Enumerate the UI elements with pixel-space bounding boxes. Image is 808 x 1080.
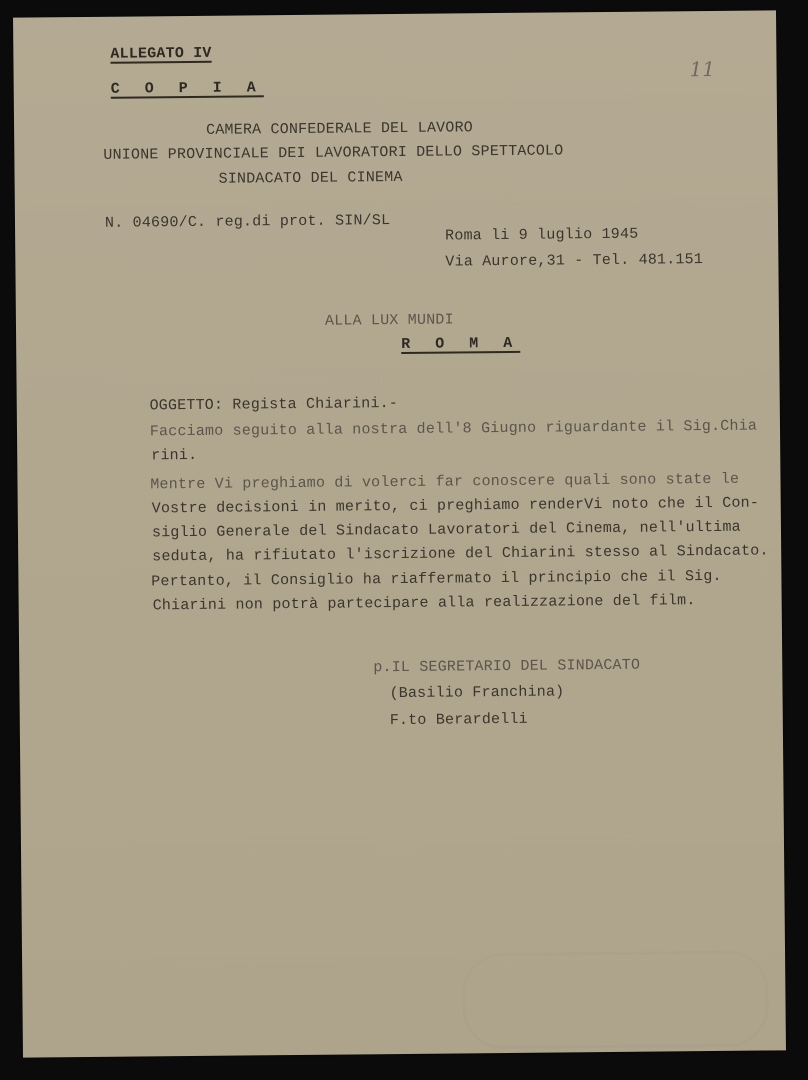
- letterhead-line-3: SINDACATO DEL CINEMA: [219, 170, 403, 187]
- bleed-through-mark-left: [52, 947, 80, 1017]
- body-line: Mentre Vi preghiamo di volerci far conos…: [113, 472, 739, 493]
- body-line: Chiarini non potrà partecipare alla real…: [153, 593, 696, 613]
- subject-text: Regista Chiarini.-: [232, 395, 398, 414]
- letterhead-line-1: CAMERA CONFEDERALE DEL LAVORO: [206, 120, 473, 138]
- protocol-reference: N. 04690/C. reg.di prot. SIN/SL: [105, 213, 390, 231]
- body-line: rini.: [151, 448, 197, 463]
- letterhead-line-2: UNIONE PROVINCIALE DEI LAVORATORI DELLO …: [103, 143, 563, 162]
- bleed-through-stamp: [462, 950, 769, 1049]
- body-line: seduta, ha rifiutato l'iscrizione del Ch…: [152, 543, 769, 564]
- recipient-name: ALLA LUX MUNDI: [325, 312, 454, 328]
- copy-label: C O P I A: [111, 80, 264, 96]
- date-line: Roma li 9 luglio 1945: [445, 227, 638, 244]
- recipient-city: R O M A: [401, 336, 520, 352]
- body-line: siglio Generale del Sindacato Lavoratori…: [152, 520, 741, 541]
- document-page: ALLEGATO IV C O P I A 11 CAMERA CONFEDER…: [13, 10, 786, 1057]
- signature-title: p.IL SEGRETARIO DEL SINDACATO: [373, 658, 640, 676]
- body-line: Pertanto, il Consiglio ha riaffermato il…: [114, 569, 721, 590]
- address-line: Via Aurore,31 - Tel. 481.151: [445, 252, 703, 269]
- signed-by: F.to Berardelli: [390, 712, 528, 728]
- attachment-label: ALLEGATO IV: [110, 46, 211, 62]
- signature-name: (Basilio Franchina): [389, 684, 564, 701]
- handwritten-page-number: 11: [689, 57, 715, 81]
- subject-label: OGGETTO:: [149, 397, 223, 415]
- body-line: Vostre decisioni in merito, ci preghiamo…: [152, 496, 759, 517]
